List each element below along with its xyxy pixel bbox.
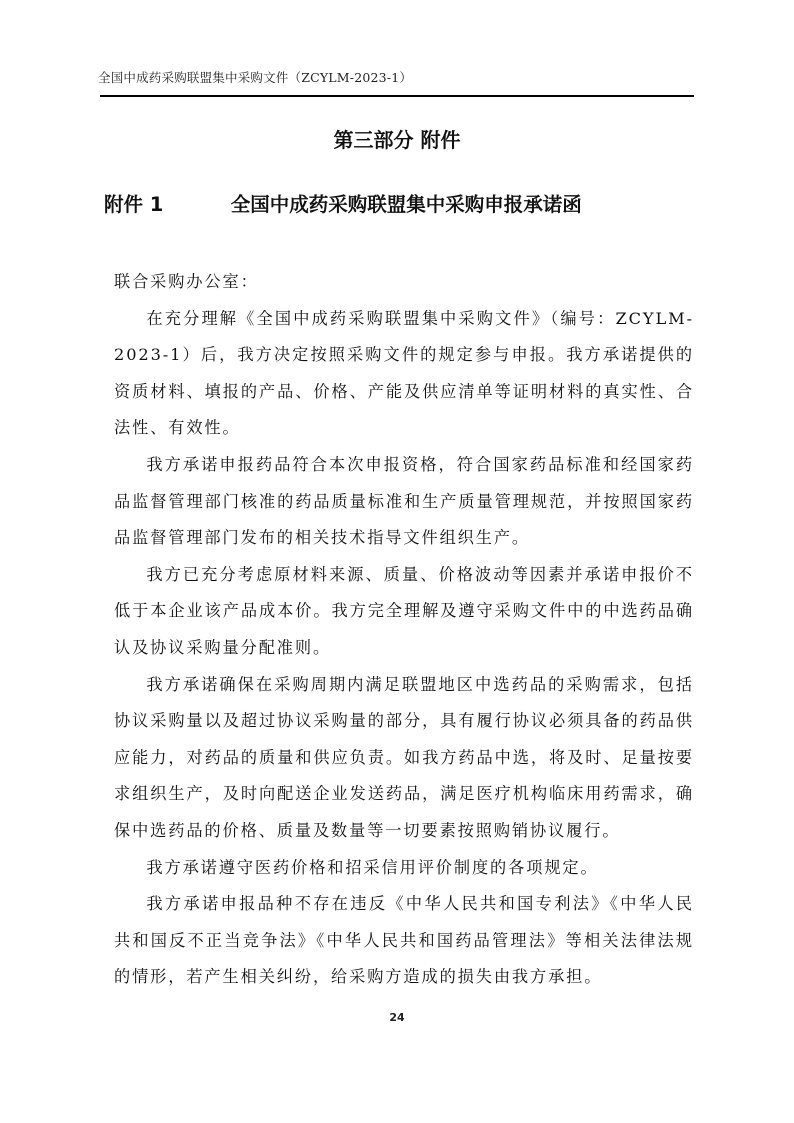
letter-body: 联合采购办公室： 在充分理解《全国中成药采购联盟集中采购文件》（编号：ZCYLM… xyxy=(114,264,694,996)
annex-title: 全国中成药采购联盟集中采购申报承诺函 xyxy=(231,189,582,217)
annex-heading: 附件 1 全国中成药采购联盟集中采购申报承诺函 xyxy=(104,189,704,217)
header-divider xyxy=(100,95,694,97)
paragraph-understanding: 在充分理解《全国中成药采购联盟集中采购文件》（编号：ZCYLM-2023-1）后… xyxy=(114,301,694,447)
paragraph-legal: 我方承诺申报品种不存在违反《中华人民共和国专利法》《中华人民共和国反不正当竞争法… xyxy=(114,886,694,996)
page-number: 24 xyxy=(0,1011,794,1024)
part-title: 第三部分 附件 xyxy=(0,124,794,153)
annex-label: 附件 1 xyxy=(104,189,224,217)
paragraph-qualification: 我方承诺申报药品符合本次申报资格，符合国家药品标准和经国家药品监督管理部门核准的… xyxy=(114,447,694,557)
paragraph-supply: 我方承诺确保在采购周期内满足联盟地区中选药品的采购需求，包括协议采购量以及超过协… xyxy=(114,667,694,850)
running-header: 全国中成药采购联盟集中采购文件（ZCYLM-2023-1） xyxy=(98,68,694,86)
paragraph-pricing: 我方已充分考虑原材料来源、质量、价格波动等因素并承诺申报价不低于本企业该产品成本… xyxy=(114,557,694,667)
paragraph-credit: 我方承诺遵守医药价格和招采信用评价制度的各项规定。 xyxy=(114,850,694,887)
salutation: 联合采购办公室： xyxy=(114,264,694,301)
